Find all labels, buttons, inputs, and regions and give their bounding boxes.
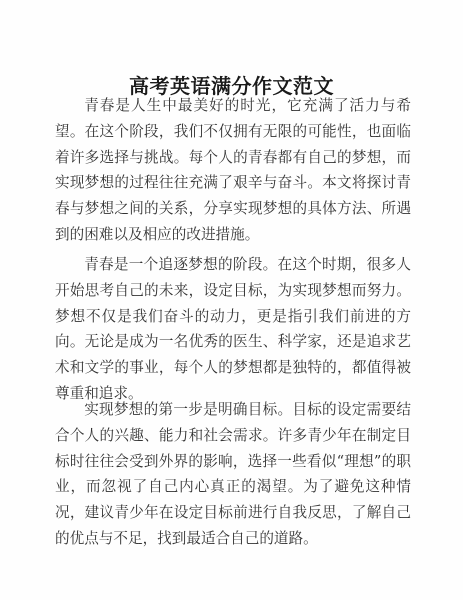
document-page: 高考英语满分作文范文 青春是人生中最美好的时光，它充满了活力与希望。在这个阶段，… (0, 0, 463, 600)
paragraph-1: 青春是人生中最美好的时光，它充满了活力与希望。在这个阶段，我们不仅拥有无限的可能… (55, 93, 411, 248)
paragraph-2: 青春是一个追逐梦想的阶段。在这个时期，很多人开始思考自己的未来，设定目标，为实现… (55, 252, 411, 407)
paragraph-3: 实现梦想的第一步是明确目标。目标的设定需要结合个人的兴趣、能力和社会需求。许多青… (55, 397, 411, 552)
